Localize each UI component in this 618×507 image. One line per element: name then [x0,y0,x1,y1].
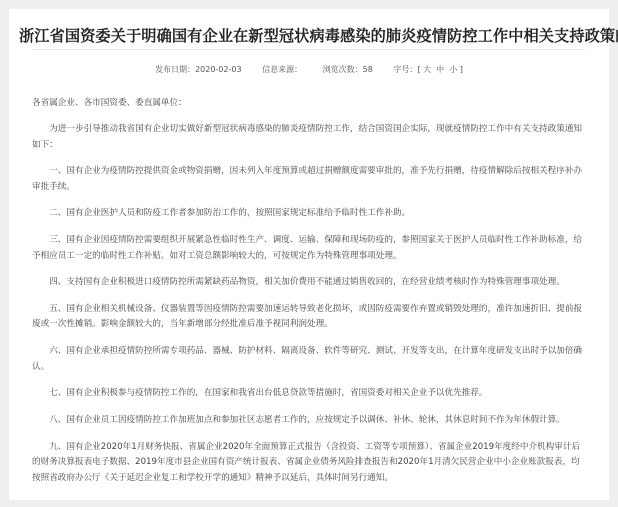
policy-item-5: 五、国有企业相关机械设备、仪器装置等因疫情防控需要加速运转导致老化损坏，或因防疫… [32,302,588,333]
policy-item-3: 三、国有企业因疫情防控需要组织开展紧急性临时性生产、调度、运输、保障和现场防疫的… [32,233,588,264]
policy-item-1: 一、国有企业为疫情防控提供资金或物资捐赠，因未列入年度预算或超过捐赠额度需要审批… [32,164,588,195]
policy-item-8: 八、国有企业员工因疫情防控工作加班加点和参加社区志愿者工作的，应按规定予以调休、… [32,413,588,428]
source: 信息来源： [262,65,302,74]
policy-item-4: 四、支持国有企业积极进口疫情防控所需紧缺药品物资，相关加价费用不能通过销售收回的… [32,275,588,290]
source-label: 信息来源： [262,65,302,74]
font-size-small-button[interactable]: 小 [449,65,457,74]
font-size-label: 字号： [393,65,417,74]
policy-item-6: 六、国有企业承担疫情防控所需专项药品、器械、防护材料、隔离设备、软件等研究、测试… [32,344,588,375]
intro-paragraph: 为进一步引导推动我省国有企业切实做好新型冠状病毒感染的肺炎疫情防控工作，结合国资… [32,122,588,153]
font-size-large-button[interactable]: 大 [423,65,431,74]
font-size-close-bracket: ] [460,65,463,74]
policy-item-9: 九、国有企业2020年1月财务快报、省属企业2020年全面预算正式报告（含投资、… [32,440,588,486]
font-size-open-bracket: [ [417,65,420,74]
publish-date: 发布日期：2020-02-03 [155,65,242,74]
article-card: 浙江省国资委关于明确国有企业在新型冠状病毒感染的肺炎疫情防控工作中相关支持政策的… [9,9,609,500]
policy-item-2: 二、国有企业医护人员和防疫工作者参加防治工作的，按照国家规定标准给予临时性工作补… [32,206,588,221]
article-meta: 发布日期：2020-02-03 信息来源： 浏览次数：58 字号：[ 大 中 小… [9,64,609,75]
views-value: 58 [363,65,373,74]
publish-date-value: 2020-02-03 [195,65,242,74]
font-size-medium-button[interactable]: 中 [436,65,444,74]
policy-item-7: 七、国有企业积极参与疫情防控工作的，在国家和我省出台低息贷款等措施时，省国资委对… [32,386,588,401]
views-label: 浏览次数： [323,65,363,74]
font-size-control: 字号：[ 大 中 小 ] [393,65,463,74]
title-divider [32,49,585,50]
article-body: 各省属企业、各市国资委、委直属单位： 为进一步引导推动我省国有企业切实做好新型冠… [32,96,588,497]
publish-date-label: 发布日期： [155,65,195,74]
salutation: 各省属企业、各市国资委、委直属单位： [32,96,588,111]
article-title: 浙江省国资委关于明确国有企业在新型冠状病毒感染的肺炎疫情防控工作中相关支持政策的… [19,25,609,46]
view-count: 浏览次数：58 [323,65,373,74]
